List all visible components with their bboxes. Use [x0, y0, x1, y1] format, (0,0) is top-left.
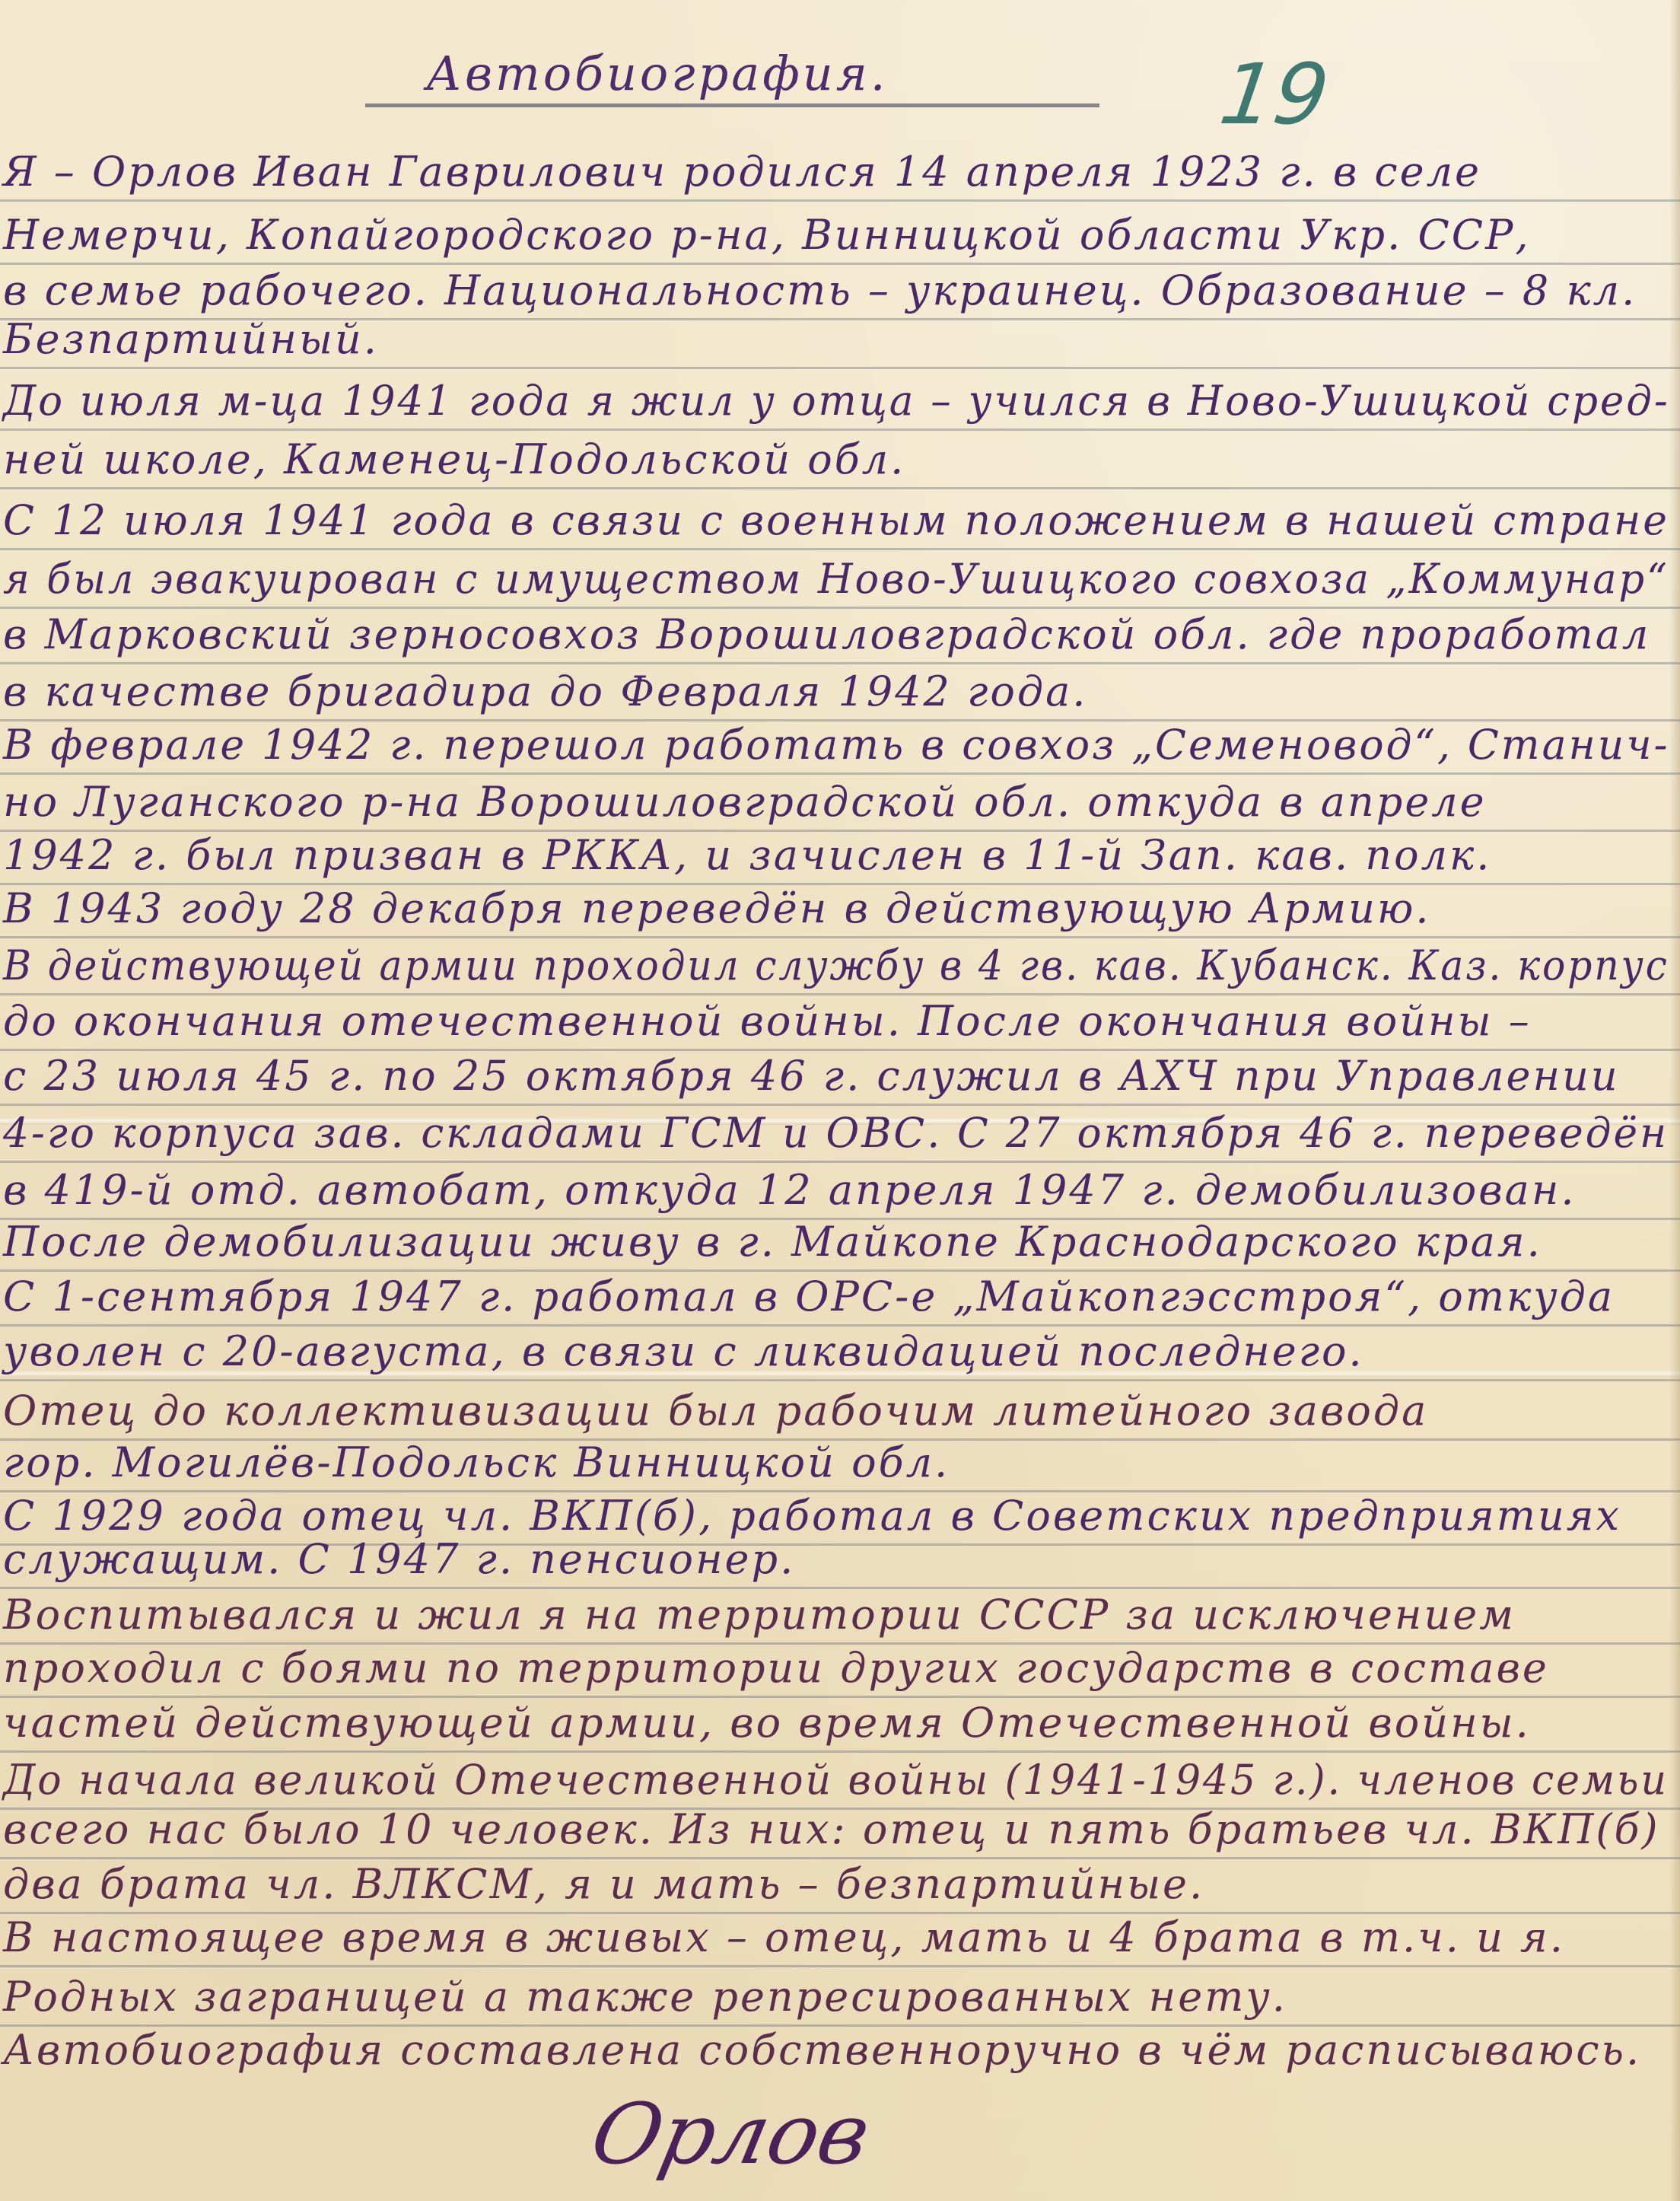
text-line: проходил с боями по территории других го… — [3, 1644, 1549, 1692]
ruled-line — [0, 936, 1680, 938]
text-line: В 1943 году 28 декабря переведён в дейст… — [3, 884, 1431, 932]
ruled-line — [0, 662, 1680, 664]
autobiography-page: Автобиография. 19 Я – Орлов Иван Гаврило… — [0, 0, 1680, 2201]
ruled-line — [0, 1857, 1680, 1859]
ruled-line — [0, 1269, 1680, 1272]
ruled-line — [0, 772, 1680, 775]
text-line: Безпартийный. — [3, 315, 379, 363]
text-line: 1942 г. был призван в РККА, и зачислен в… — [3, 831, 1491, 879]
ruled-line — [0, 1161, 1680, 1163]
text-line: До начала великой Отечественной войны (1… — [3, 1756, 1669, 1804]
archive-page-number: 19 — [1214, 46, 1335, 143]
text-line: уволен с 20-августа, в связи с ликвидаци… — [3, 1327, 1364, 1375]
ruled-line — [0, 199, 1680, 202]
ruled-line — [0, 1965, 1680, 1967]
text-line: Я – Орлов Иван Гаврилович родился 14 апр… — [3, 148, 1481, 196]
text-line: в 419-й отд. автобат, откуда 12 апреля 1… — [3, 1166, 1577, 1214]
handwritten-signature: Орлов — [583, 2085, 878, 2183]
text-line: В действующей армии проходил службу в 4 … — [3, 941, 1669, 989]
text-line: С 1929 года отец чл. ВКП(б), работал в С… — [3, 1492, 1621, 1540]
ruled-line — [0, 428, 1680, 431]
text-line: После демобилизации живу в г. Майкопе Кр… — [3, 1218, 1542, 1266]
text-line: в семье рабочего. Национальность – украи… — [3, 266, 1637, 314]
text-line: 4-го корпуса зав. складами ГСМ и ОВС. С … — [3, 1109, 1669, 1157]
ruled-line — [0, 1324, 1680, 1327]
ruled-line — [0, 993, 1680, 995]
text-line: всего нас было 10 человек. Из них: отец … — [3, 1805, 1660, 1853]
ruled-line — [0, 607, 1680, 609]
ruled-line — [0, 367, 1680, 369]
text-line: С 12 июля 1941 года в связи с военным по… — [3, 496, 1669, 544]
ruled-line — [0, 263, 1680, 265]
text-line: но Луганского р-на Ворошиловградской обл… — [3, 778, 1487, 826]
ruled-line — [0, 1104, 1680, 1106]
text-line: В настоящее время в живых – отец, мать и… — [3, 1913, 1565, 1961]
text-line: Воспитывался и жил я на территории СССР … — [3, 1591, 1516, 1639]
ruled-line — [0, 1587, 1680, 1589]
text-line: Немерчи, Копайгородского р-на, Винницкой… — [3, 211, 1531, 259]
text-line: До июля м-ца 1941 года я жил у отца – уч… — [3, 377, 1670, 425]
text-line: гор. Могилёв-Подольск Винницкой обл. — [3, 1438, 950, 1486]
ruled-line — [0, 1750, 1680, 1753]
title-underline — [365, 104, 1099, 107]
text-line: с 23 июля 45 г. по 25 октября 46 г. служ… — [3, 1052, 1620, 1100]
text-line: в Марковский зерносовхоз Ворошиловградск… — [3, 610, 1650, 658]
text-line: Отец до коллективизации был рабочим лите… — [3, 1387, 1428, 1435]
text-line: служащим. С 1947 г. пенсионер. — [3, 1535, 795, 1583]
ruled-line — [0, 1696, 1680, 1698]
text-line: частей действующей армии, во время Отече… — [3, 1699, 1531, 1747]
ruled-line — [0, 1379, 1680, 1381]
ruled-line — [0, 487, 1680, 489]
text-line: я был эвакуирован с имуществом Ново-Ушиц… — [3, 555, 1669, 603]
document-title: Автобиография. — [426, 46, 888, 101]
text-line: ней школе, Каменец-Подольской обл. — [3, 435, 905, 483]
ruled-line — [0, 548, 1680, 550]
text-line: В феврале 1942 г. перешол работать в сов… — [3, 721, 1670, 769]
text-line: два брата чл. ВЛКСМ, я и мать – безпарти… — [3, 1860, 1204, 1908]
ruled-line — [0, 1049, 1680, 1051]
text-line: Автобиография составлена собственноручно… — [3, 2026, 1641, 2074]
text-line: Родных заграницей а также репресированны… — [3, 1973, 1287, 2021]
text-line: до окончания отечественной войны. После … — [3, 997, 1532, 1045]
paper-edge-shadow — [1669, 0, 1680, 2201]
text-line: С 1-сентября 1947 г. работал в ОРС-е „Ма… — [3, 1273, 1615, 1320]
text-line: в качестве бригадира до Февраля 1942 год… — [3, 667, 1087, 715]
